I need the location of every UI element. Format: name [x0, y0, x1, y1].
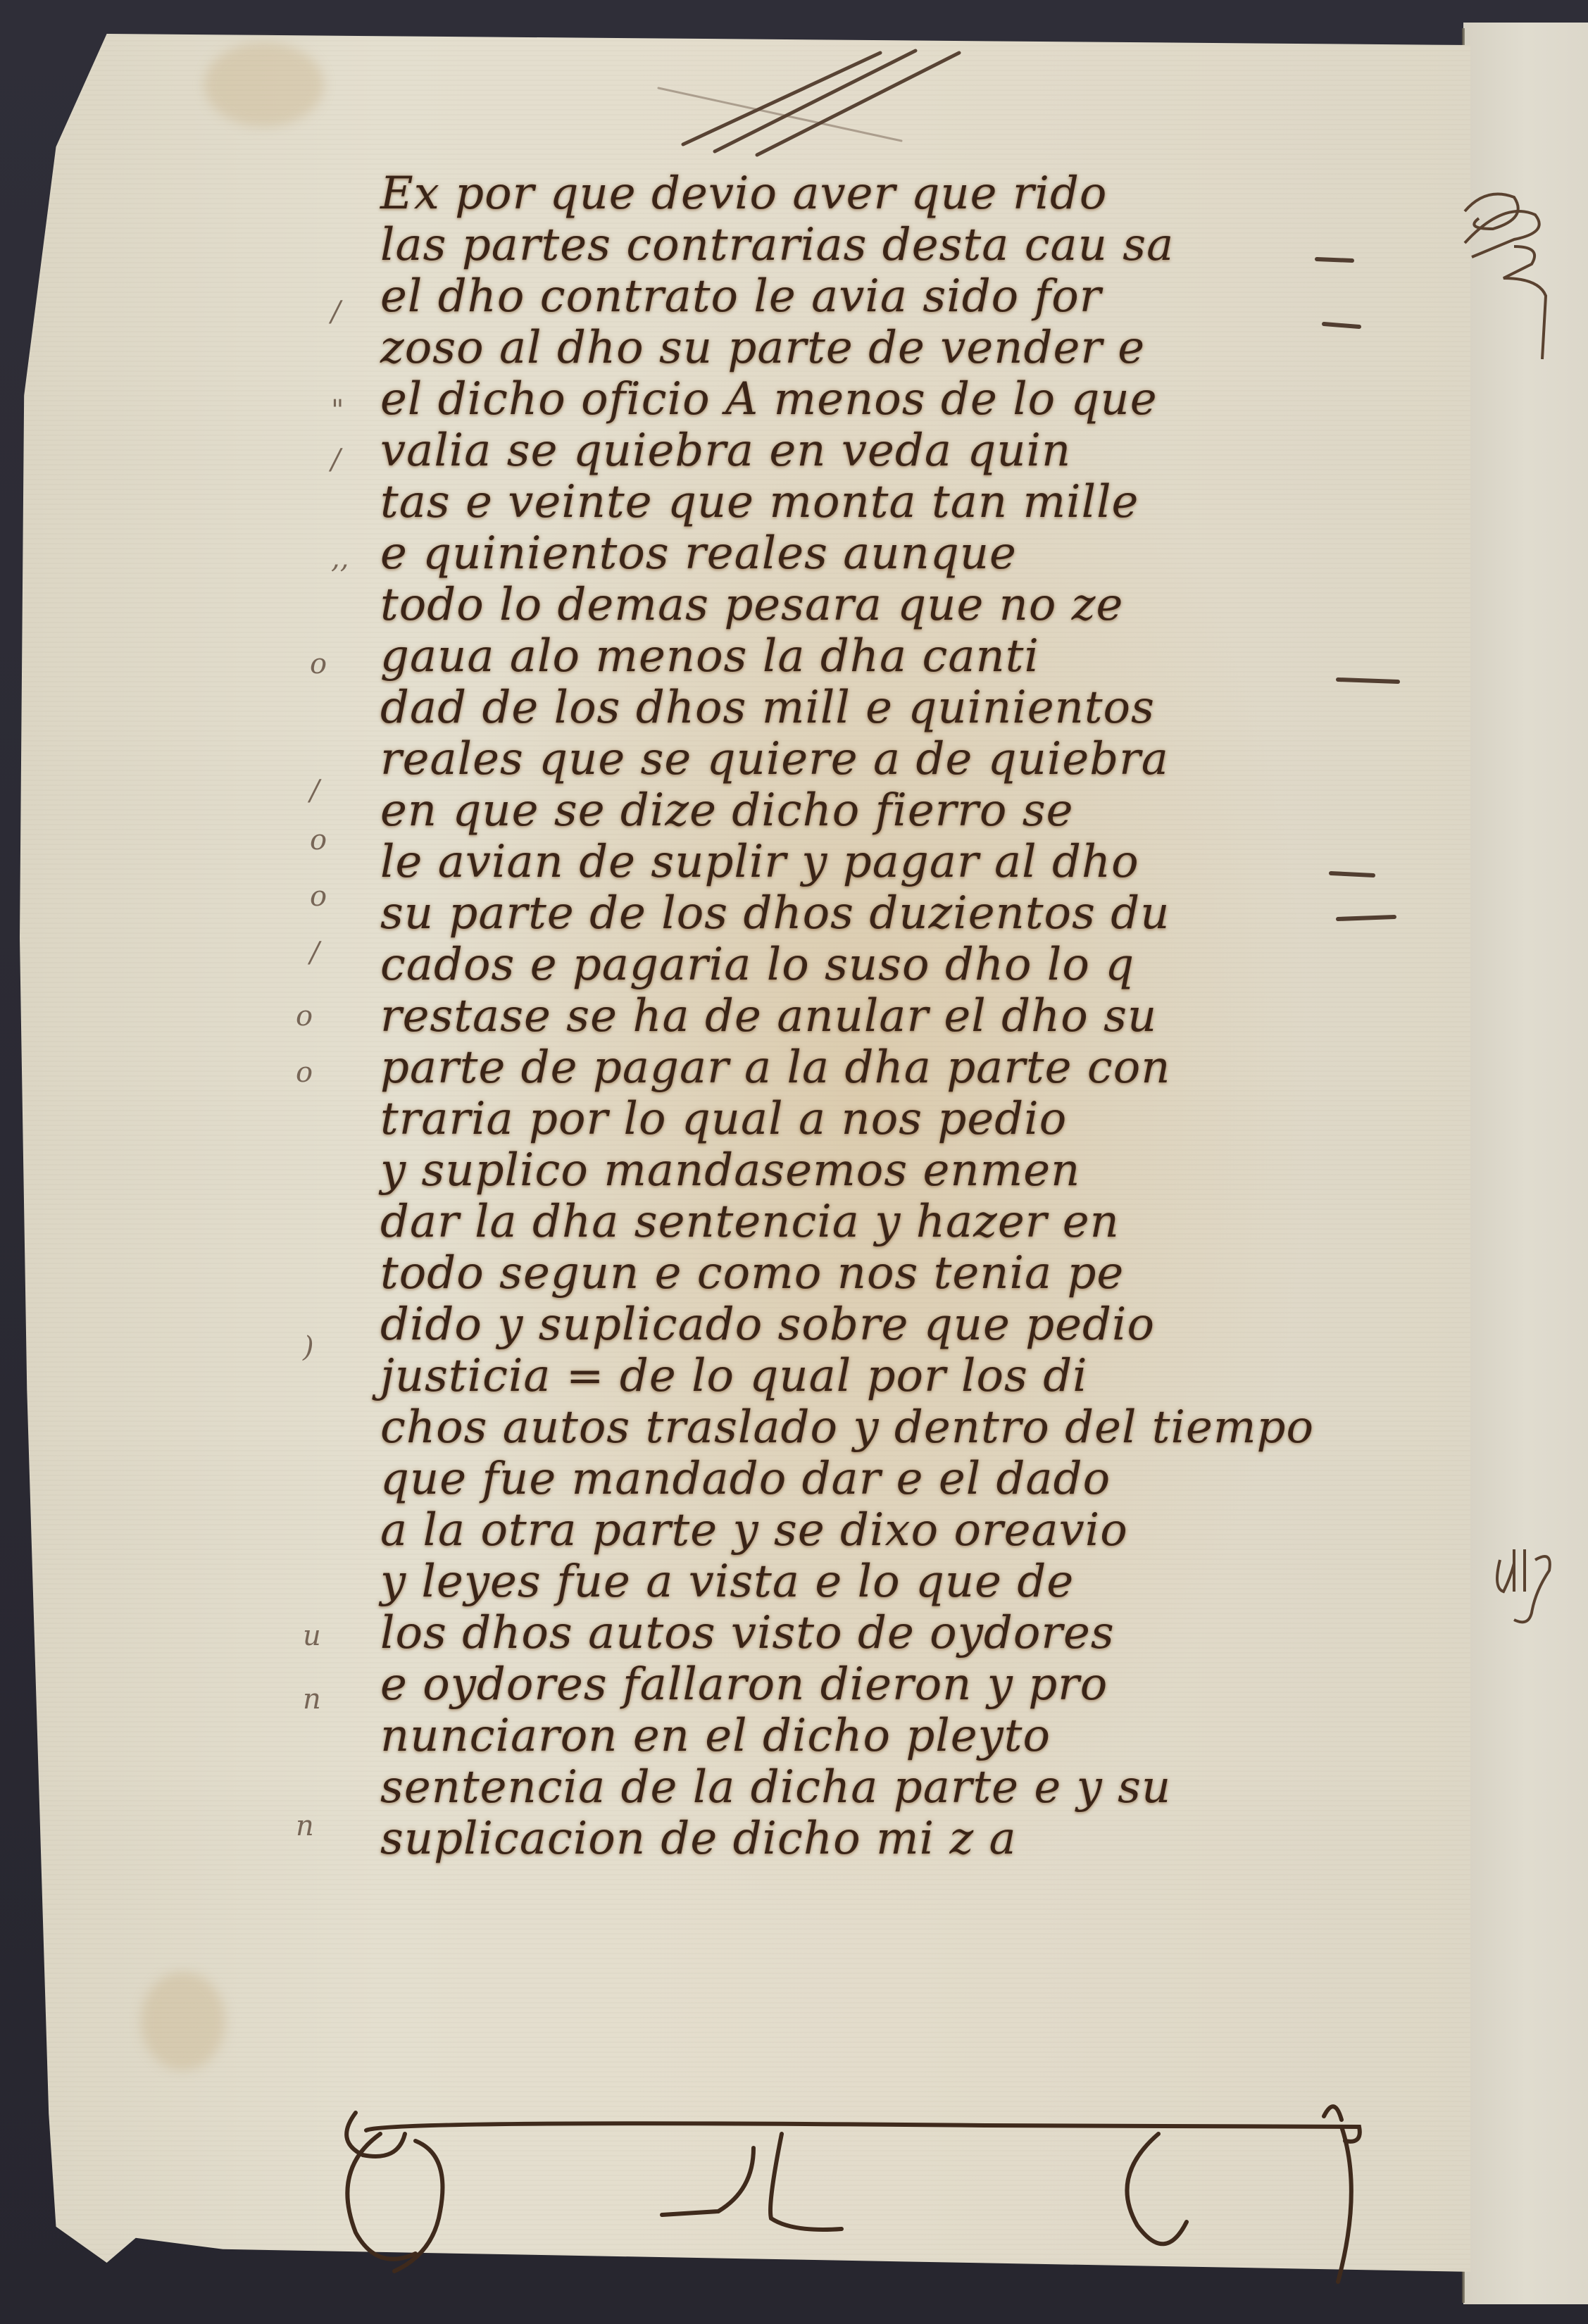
text-line: nunciaron en el dicho pleyto: [380, 1711, 1394, 1761]
text-line: el dicho oficio A menos de lo que: [380, 375, 1394, 424]
margin-mark: /: [310, 937, 319, 969]
margin-mark: ,,: [331, 542, 349, 575]
text-line: el dho contrato le avia sido for: [380, 272, 1394, 321]
text-line: parte de pagar a la dha parte con: [380, 1043, 1394, 1092]
text-line: tas e veinte que monta tan mille: [380, 477, 1394, 527]
text-line: restase se ha de anular el dho su: [380, 992, 1394, 1041]
text-line: reales que se quiere a de quiebra: [380, 735, 1394, 784]
text-line: y leyes fue a vista e lo que de: [380, 1557, 1394, 1606]
text-line: sentencia de la dicha parte e y su: [380, 1763, 1394, 1812]
text-line: gaua alo menos la dha canti: [380, 632, 1394, 681]
manuscript-text: Ex por que devio aver que rido las parte…: [0, 0, 1588, 2324]
text-line: Ex por que devio aver que rido: [380, 169, 1394, 218]
text-line: chos autos traslado y dentro del tiempo: [380, 1403, 1394, 1452]
text-line: y suplico mandasemos enmen: [380, 1146, 1394, 1195]
text-line: e oydores fallaron dieron y pro: [380, 1660, 1394, 1709]
margin-mark: /: [331, 296, 340, 328]
text-line: dido y suplicado sobre que pedio: [380, 1300, 1394, 1349]
text-line: los dhos autos visto de oydores: [380, 1608, 1394, 1658]
margin-mark: u: [303, 1620, 321, 1652]
margin-mark: o: [310, 824, 327, 856]
margin-mark: /: [331, 444, 340, 476]
margin-mark: ): [303, 1331, 314, 1363]
margin-mark: n: [296, 1810, 314, 1842]
margin-mark: /: [310, 775, 319, 807]
text-line: le avian de suplir y pagar al dho: [380, 837, 1394, 887]
text-line: valia se quiebra en veda quin: [380, 426, 1394, 475]
text-line: traria por lo qual a nos pedio: [380, 1094, 1394, 1144]
text-line: e quinientos reales aunque: [380, 529, 1394, 578]
text-line: dad de los dhos mill e quinientos: [380, 683, 1394, 732]
margin-mark: o: [310, 880, 327, 913]
text-line: en que se dize dicho fierro se: [380, 786, 1394, 835]
text-line: cados e pagaria lo suso dho lo q: [380, 940, 1394, 989]
text-line: suplicacion de dicho mi z a: [380, 1814, 1394, 1863]
margin-mark: o: [310, 648, 327, 680]
text-line: todo segun e como nos tenia pe: [380, 1249, 1394, 1298]
text-line: zoso al dho su parte de vender e: [380, 323, 1394, 373]
margin-mark: ": [331, 394, 344, 427]
text-line: que fue mandado dar e el dado: [380, 1454, 1394, 1504]
margin-mark: n: [303, 1683, 321, 1716]
text-line: las partes contrarias desta cau sa: [380, 220, 1394, 270]
margin-mark: o: [296, 1056, 313, 1089]
text-line: dar la dha sentencia y hazer en: [380, 1197, 1394, 1247]
margin-mark: o: [296, 1000, 313, 1032]
text-line: justicia = de lo qual por los di: [380, 1351, 1394, 1401]
text-line: a la otra parte y se dixo oreavio: [380, 1506, 1394, 1555]
text-line: su parte de los dhos duzientos du: [380, 889, 1394, 938]
text-line: todo lo demas pesara que no ze: [380, 580, 1394, 630]
